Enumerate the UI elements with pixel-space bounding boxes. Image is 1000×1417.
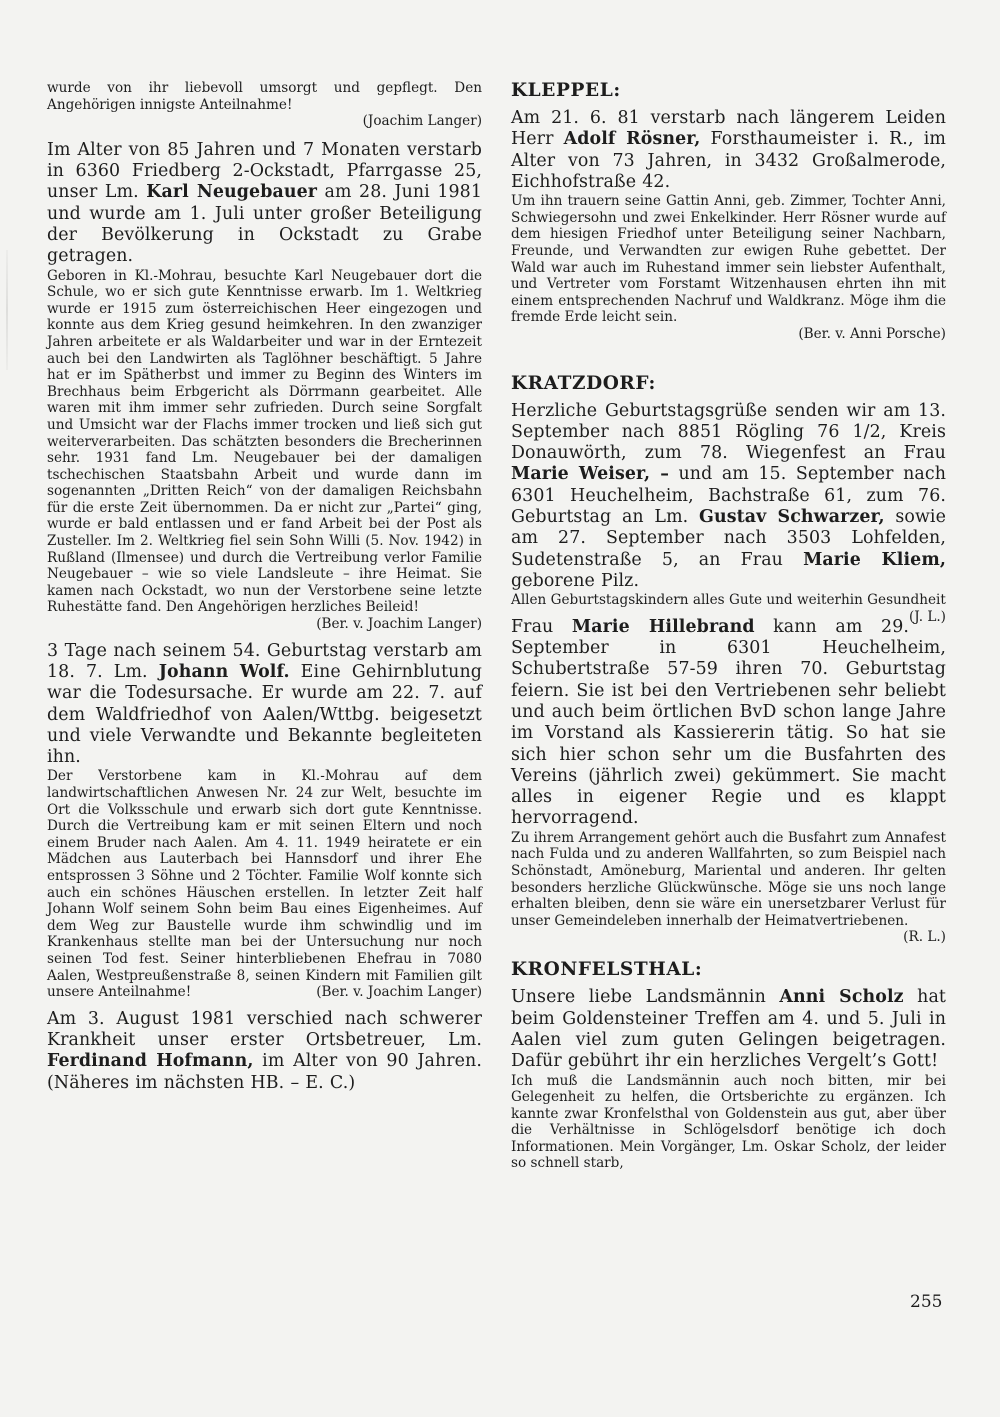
section-kronfelsthal: KRONFELSTHAL: Unsere liebe Landsmännin A… (511, 959, 946, 1172)
article-karl-neugebauer: Im Alter von 85 Jahren und 7 Monaten ver… (47, 140, 482, 633)
section-heading: KRONFELSTHAL: (511, 959, 946, 981)
body-paragraph: Allen Geburtstagskindern alles Gute und … (511, 592, 946, 609)
body-paragraph: Ich muß die Landsmännin auch noch bitten… (511, 1073, 946, 1173)
author-credit: (Ber. v. Joachim Langer) (316, 984, 482, 1001)
scan-margin-mark (6, 250, 8, 370)
body-paragraph: Um ihn trauern seine Gattin Anni, geb. Z… (511, 193, 946, 342)
person-name: Marie Kliem, (803, 550, 946, 570)
person-name: Marie Weiser, – (511, 464, 669, 484)
body-paragraph: wurde von ihr liebevoll umsorgt und gepf… (47, 80, 482, 130)
lead-paragraph: 3 Tage nach seinem 54. Geburtstag versta… (47, 641, 482, 769)
lead-paragraph: Im Alter von 85 Jahren und 7 Monaten ver… (47, 140, 482, 268)
author-credit: (J. L.) (909, 609, 946, 626)
person-name: Anni Scholz (779, 987, 903, 1007)
person-name: Gustav Schwarzer, (699, 507, 885, 527)
person-name: Ferdinand Hofmann, (47, 1051, 254, 1071)
section-heading: KRATZDORF: (511, 373, 946, 395)
author-credit: (Ber. v. Anni Porsche) (511, 326, 946, 343)
lead-paragraph: Frau Marie Hillebrand kann am 29. Septem… (511, 617, 946, 830)
article-johann-wolf: 3 Tage nach seinem 54. Geburtstag versta… (47, 641, 482, 1001)
lead-paragraph: Am 21. 6. 81 verstarb nach längerem Leid… (511, 108, 946, 193)
right-column: KLEPPEL: Am 21. 6. 81 verstarb nach läng… (511, 80, 946, 1172)
person-name: Adolf Rösner, (564, 129, 701, 149)
section-heading: KLEPPEL: (511, 80, 946, 102)
lead-paragraph: Herzliche Geburtstagsgrüße senden wir am… (511, 401, 946, 593)
lead-paragraph: Unsere liebe Landsmännin Anni Scholz hat… (511, 987, 946, 1072)
person-name: Karl Neugebauer (146, 182, 317, 202)
person-name: Marie Hillebrand (572, 617, 755, 637)
body-paragraph: Zu ihrem Arrangement gehört auch die Bus… (511, 830, 946, 930)
left-column: wurde von ihr liebevoll umsorgt und gepf… (47, 80, 482, 1094)
section-kratzdorf: KRATZDORF: Herzliche Geburtstagsgrüße se… (511, 373, 946, 930)
article-ferdinand-hofmann: Am 3. August 1981 verschied nach schwere… (47, 1009, 482, 1094)
author-credit: (Joachim Langer) (47, 113, 482, 130)
person-name: Johann Wolf. (159, 662, 290, 682)
body-paragraph: Der Verstorbene kam in Kl.-Mohrau auf de… (47, 768, 482, 1000)
section-kleppel: KLEPPEL: Am 21. 6. 81 verstarb nach läng… (511, 80, 946, 343)
lead-paragraph: Am 3. August 1981 verschied nach schwere… (47, 1009, 482, 1094)
author-credit: (R. L.) (903, 929, 946, 946)
page-number: 255 (910, 1292, 942, 1312)
body-paragraph: Geboren in Kl.-Mohrau, besuchte Karl Neu… (47, 268, 482, 633)
article-continued-langer: wurde von ihr liebevoll umsorgt und gepf… (47, 80, 482, 130)
author-credit: (Ber. v. Joachim Langer) (47, 616, 482, 633)
